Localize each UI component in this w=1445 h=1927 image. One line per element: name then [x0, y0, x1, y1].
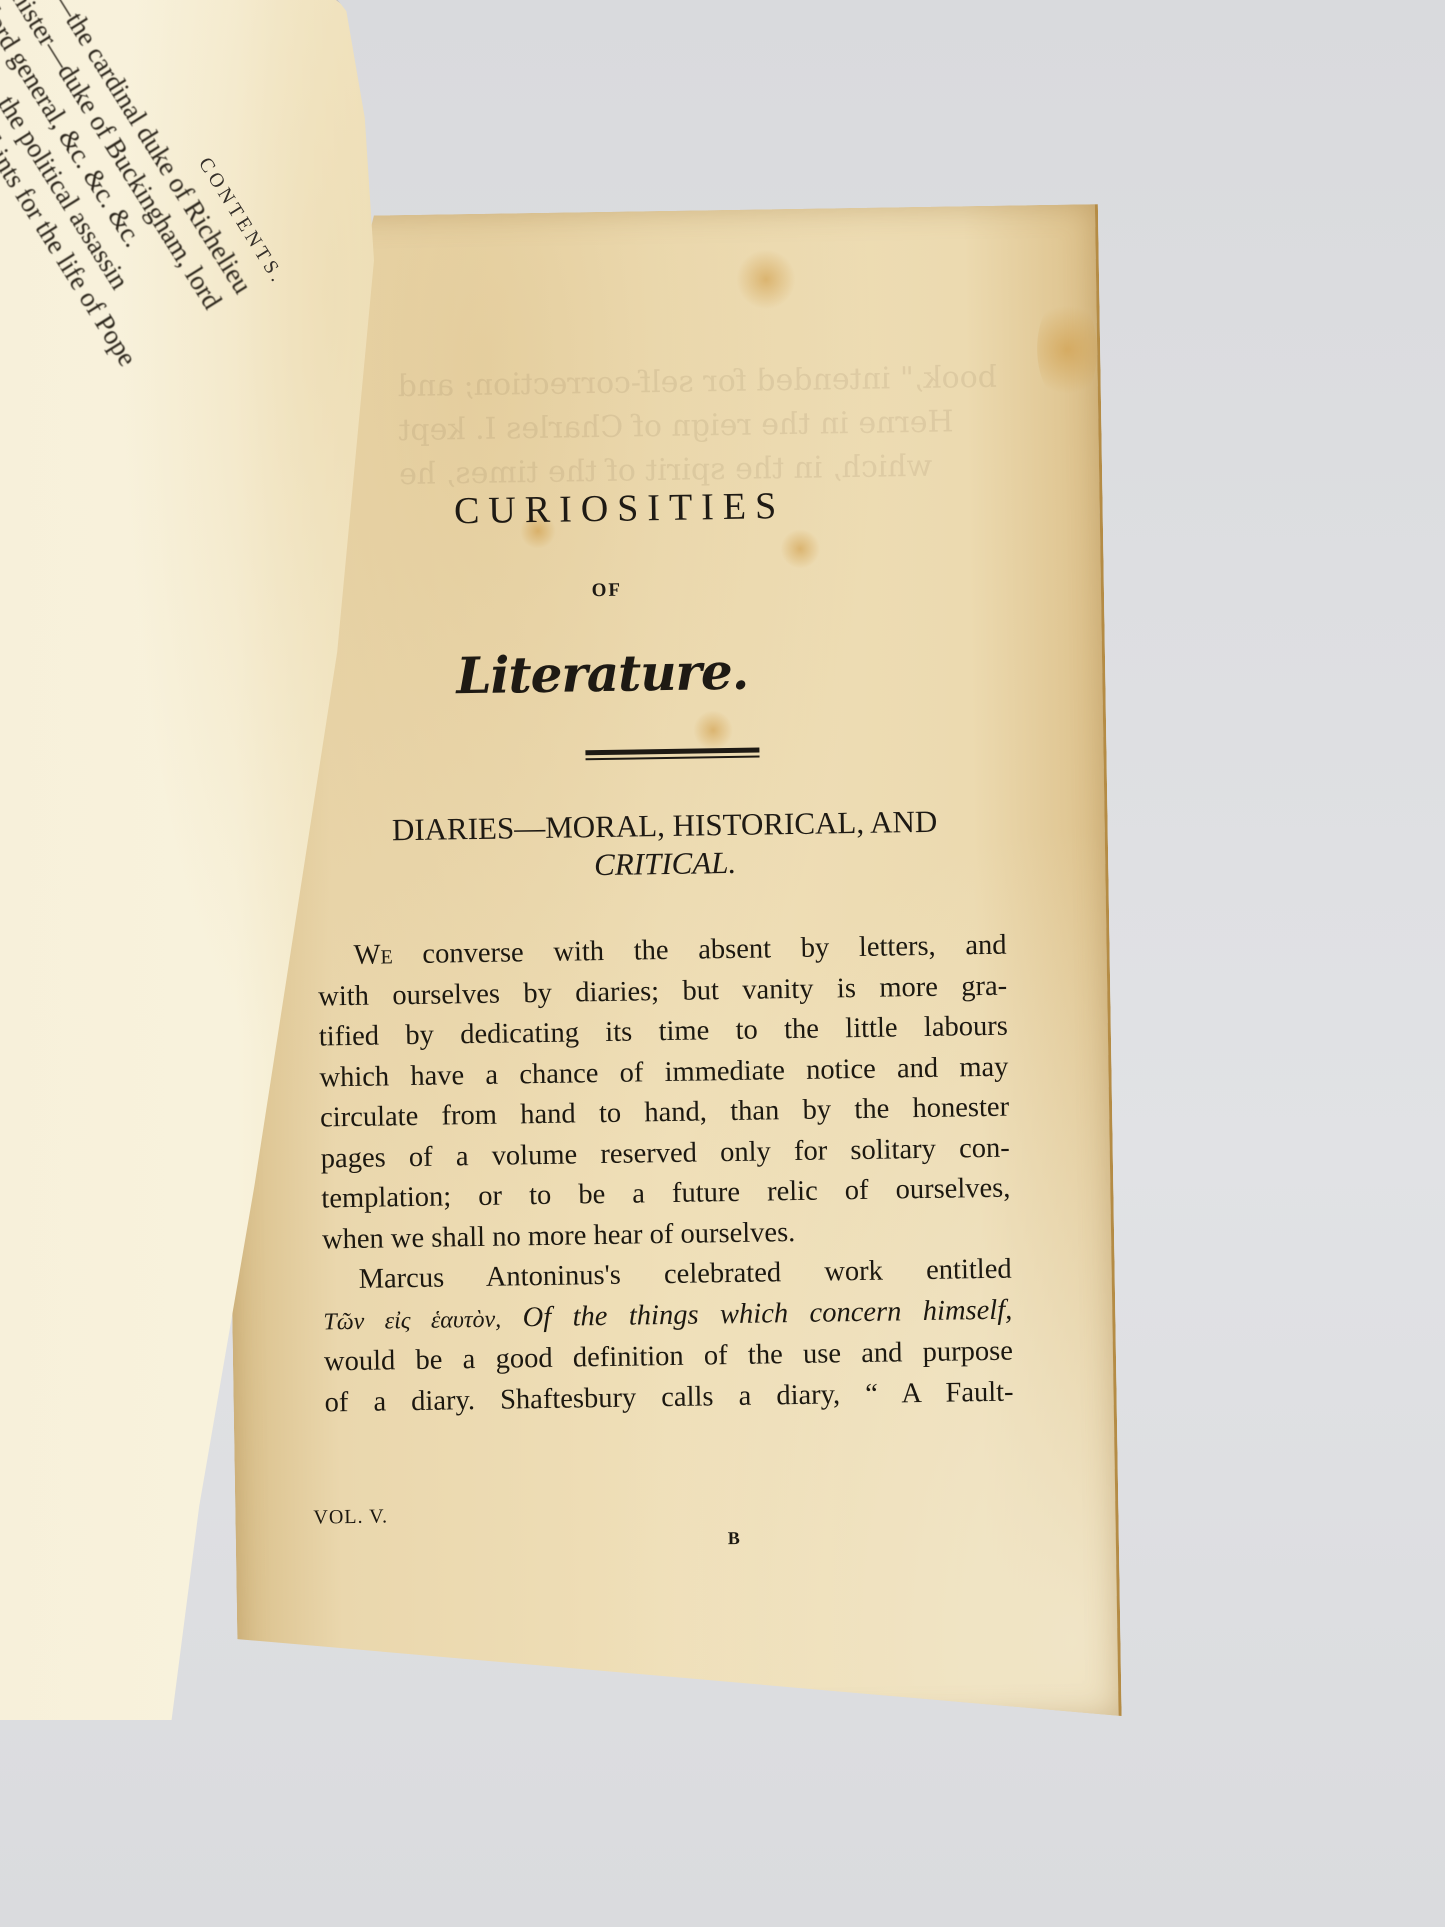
paragraph-1: We converse with the absent by letters, … [281, 926, 1011, 1261]
contents-list: CONTENTS. ...er—the cardinal duke of Ric… [0, 0, 356, 479]
volume-marker: VOL. V. [313, 1505, 388, 1529]
rule-thick [585, 748, 759, 756]
text-line-content: converse with the absent by letters, and [392, 930, 1006, 971]
body-text: We converse with the absent by letters, … [281, 926, 1014, 1424]
italic-translation: Of the things which concern himself, [501, 1294, 1013, 1333]
rule-thin [586, 756, 760, 761]
foxing-stain [693, 710, 734, 751]
greek-title: Tῶν εἰς ἑαυτὸν, [323, 1306, 501, 1335]
signature-mark: B [728, 1528, 740, 1549]
foxing-stain [736, 249, 797, 310]
title-double-rule [585, 748, 759, 761]
foxing-stain [780, 529, 821, 570]
foxing-stain [1036, 294, 1098, 405]
drop-word: We [353, 939, 393, 971]
paragraph-2: Marcus Antoninus's celebrated work entit… [286, 1250, 1013, 1424]
section-heading: DIARIES—MORAL, HISTORICAL, AND CRITICAL. [284, 801, 1045, 889]
